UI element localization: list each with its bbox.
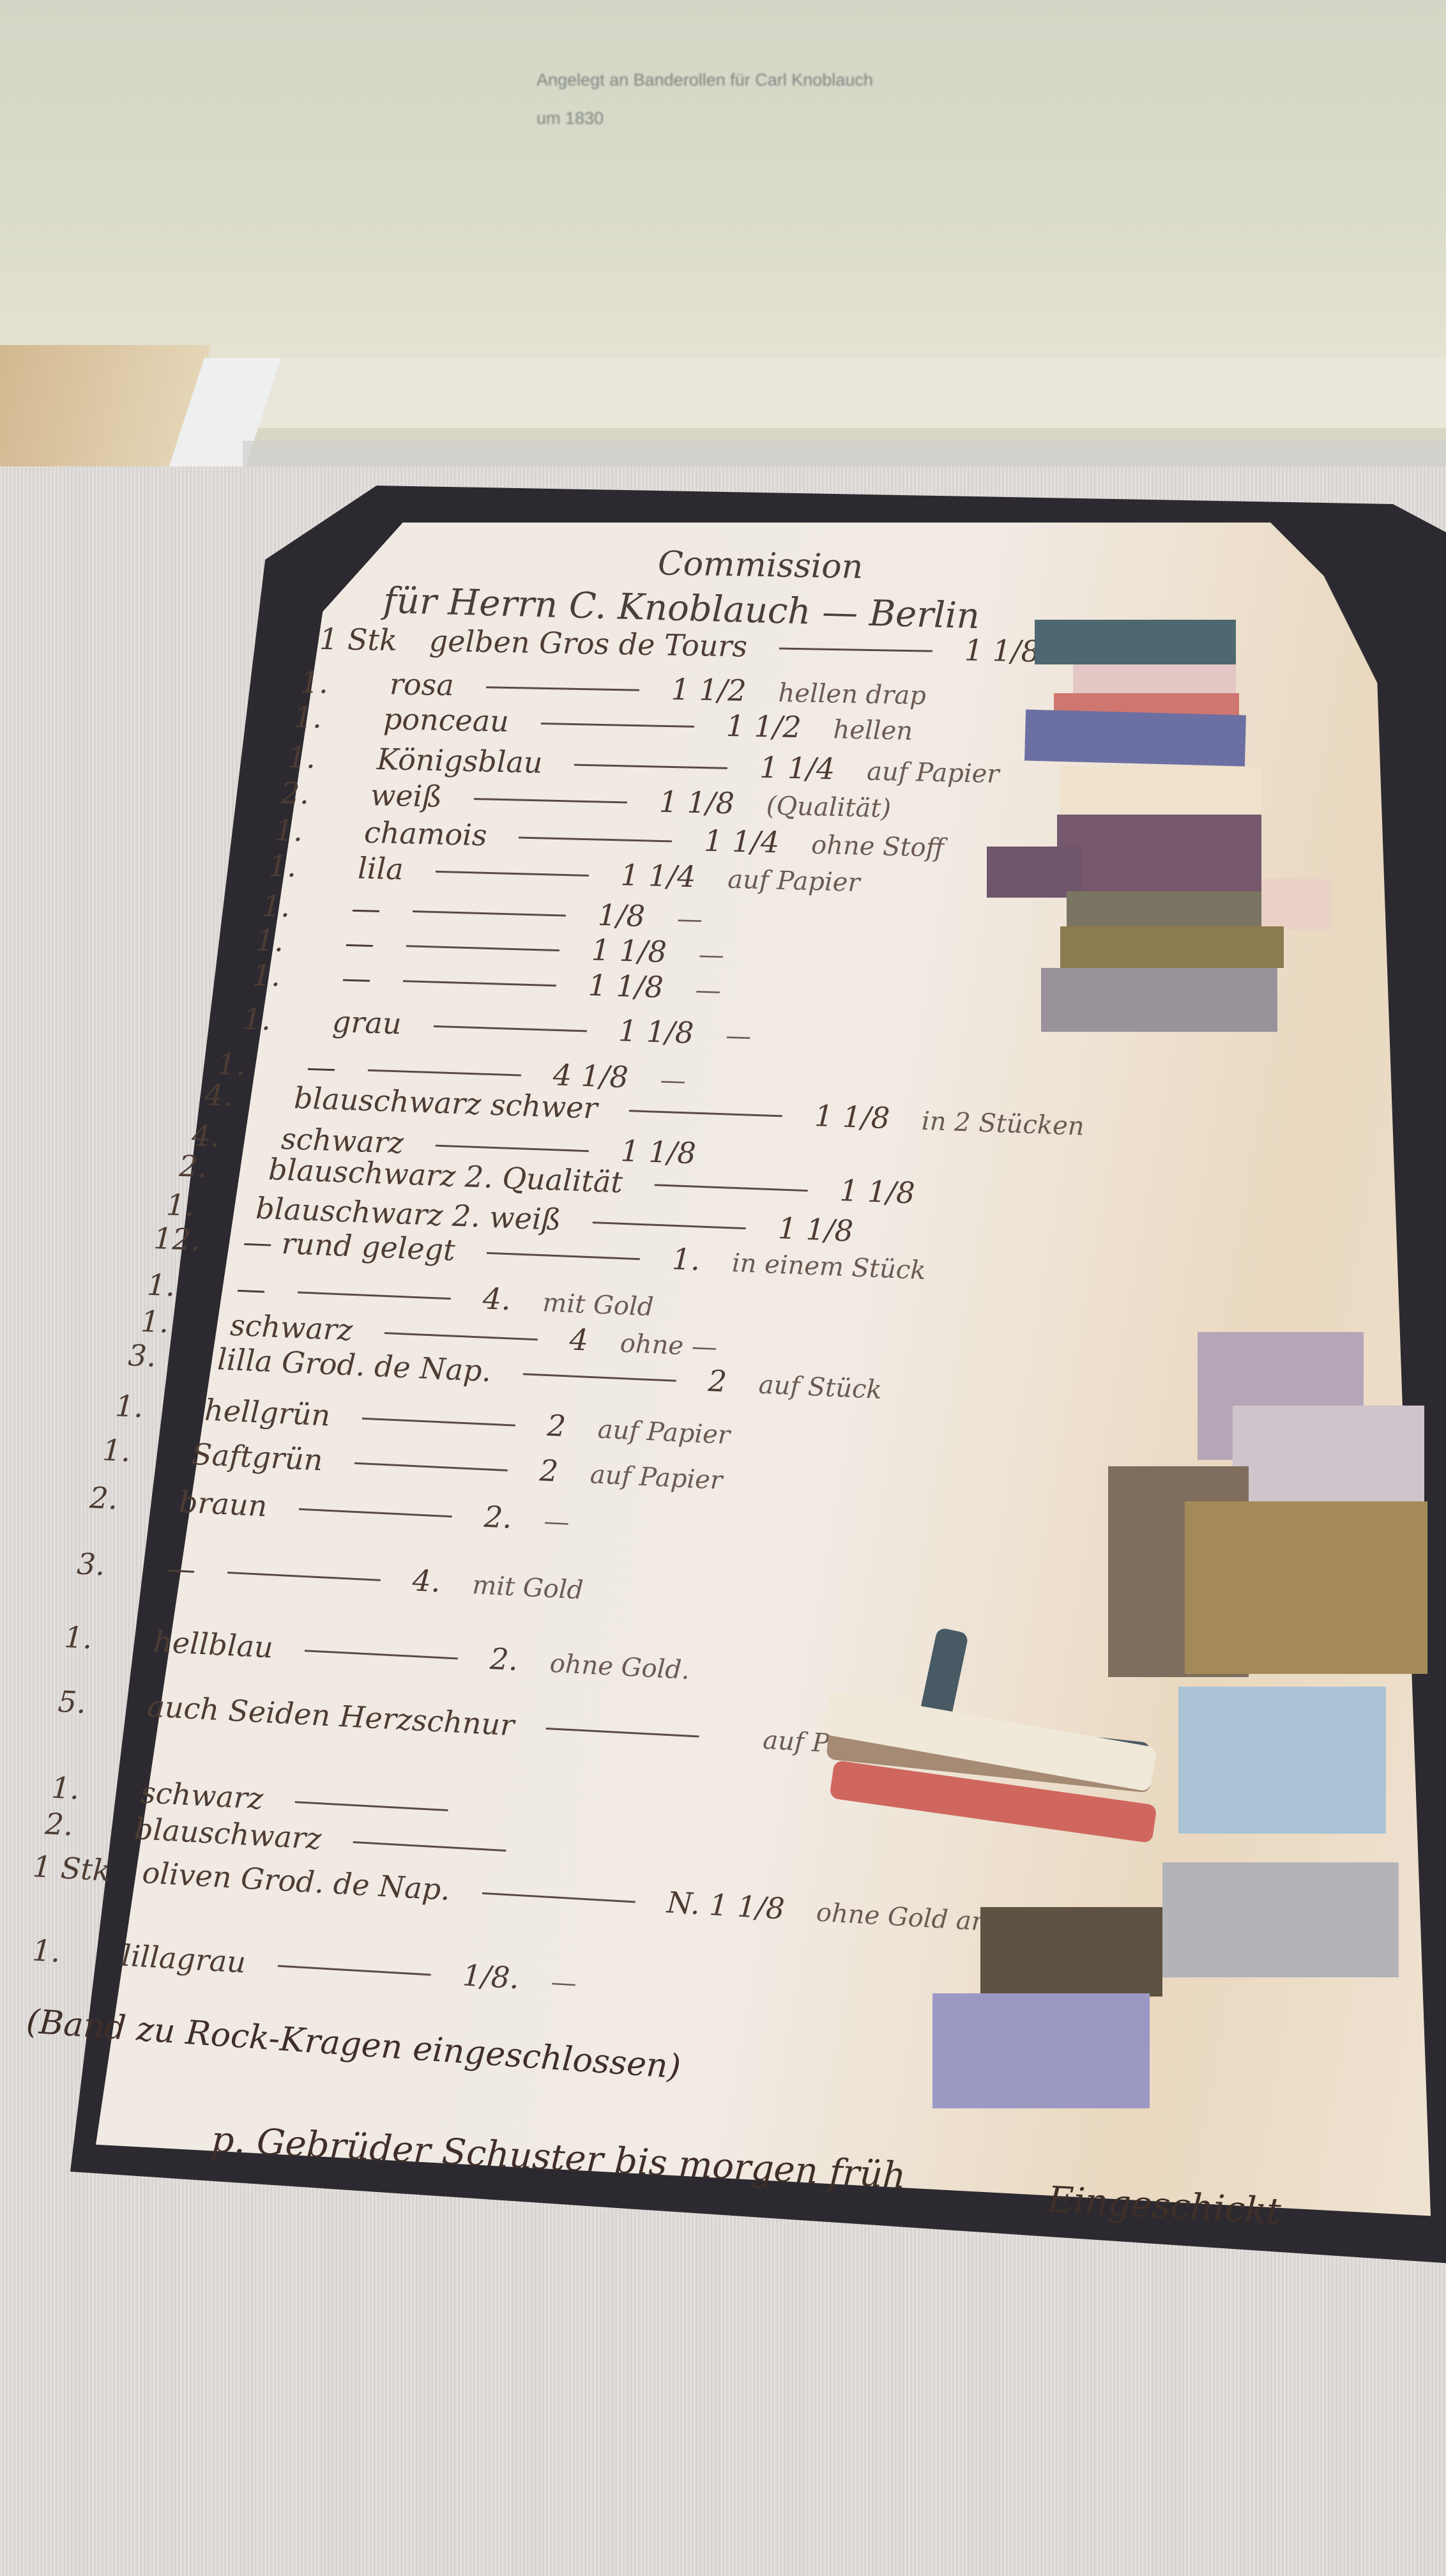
order-amount: N. 1 1/8 — [666, 1885, 786, 1926]
order-amount: 4 — [569, 1322, 590, 1357]
ruled-dash — [362, 1418, 515, 1427]
order-note: mit Gold — [471, 1570, 584, 1606]
order-note: — — [725, 1021, 751, 1051]
order-amount: 1 1/8 — [658, 785, 734, 821]
order-note: ohne — — [620, 1329, 718, 1362]
ruled-dash — [295, 1801, 448, 1811]
swatch-grey-mauve — [1041, 968, 1277, 1032]
ruled-dash — [354, 1462, 508, 1471]
ruled-dash — [368, 1069, 521, 1077]
order-note: hellen — [833, 715, 913, 746]
order-amount: 2. — [483, 1499, 513, 1535]
order-item: schwarz — [140, 1775, 264, 1816]
order-qty: 2. — [89, 1480, 148, 1517]
order-amount: 1 1/8 — [839, 1173, 916, 1210]
order-amount: 1 1/8 — [618, 1013, 695, 1050]
order-item: — — [165, 1551, 197, 1586]
ruled-dash — [574, 764, 727, 769]
museum-label-line1: Angelegt an Banderollen für Carl Knoblau… — [537, 61, 873, 99]
order-qty: 3. — [127, 1338, 186, 1375]
order-amount: 2 — [539, 1453, 559, 1488]
order-qty: 1. — [268, 848, 326, 884]
order-item: weiß — [370, 778, 442, 814]
order-note: mit Gold — [542, 1288, 655, 1322]
ruled-dash — [523, 1373, 676, 1382]
ruled-dash — [546, 1728, 699, 1738]
order-amount: 4. — [412, 1563, 442, 1598]
order-qty: 4. — [204, 1077, 263, 1114]
display-case-top — [192, 358, 1446, 428]
order-qty: 2. — [178, 1149, 237, 1185]
ruled-dash — [779, 647, 932, 652]
order-qty: 1. — [287, 740, 346, 776]
swatch-pale-pink — [1073, 664, 1236, 693]
ruled-dash — [305, 1650, 458, 1659]
order-item: — — [341, 960, 372, 995]
museum-label-line2: um 1830 — [537, 99, 873, 137]
swatch-olive-gold — [1060, 926, 1284, 968]
ruled-dash — [227, 1572, 381, 1581]
order-qty: 1. — [146, 1268, 205, 1305]
order-item: grau — [331, 1004, 402, 1041]
order-note: auf Papier — [590, 1460, 723, 1496]
order-item: braun — [178, 1485, 268, 1524]
order-qty: 1. — [255, 923, 314, 960]
ruled-dash — [299, 1508, 452, 1518]
ruled-dash — [541, 723, 694, 728]
ruled-dash — [436, 871, 589, 877]
order-note: auf Papier — [597, 1414, 731, 1450]
order-note: ohne Stoff — [811, 831, 945, 863]
order-qty: 1. — [140, 1304, 199, 1341]
order-qty: 1 Stk — [319, 622, 398, 657]
ruled-dash — [278, 1965, 431, 1976]
order-item: — — [306, 1050, 337, 1085]
glass-ledge — [243, 441, 1446, 466]
order-amount: 1 1/4 — [704, 824, 780, 860]
swatch-silver-grey — [1162, 1862, 1399, 1977]
order-amount: 1 1/4 — [620, 857, 696, 894]
order-item: lillagrau — [121, 1938, 247, 1979]
ruled-dash — [403, 980, 556, 986]
order-qty: 1. — [261, 889, 319, 924]
ruled-dash — [486, 686, 639, 691]
swatch-periwinkle — [1024, 709, 1246, 766]
order-qty: 1. — [217, 1046, 275, 1083]
order-qty: 1. — [294, 700, 352, 735]
order-item: hellgrün — [204, 1393, 331, 1433]
order-note: in 2 Stücken — [921, 1107, 1084, 1142]
order-note: — — [695, 976, 721, 1006]
order-amount: 1 1/8 — [814, 1098, 890, 1135]
order-qty: 1. — [50, 1770, 110, 1808]
order-item: Königsblau — [377, 742, 544, 780]
ruled-dash — [406, 945, 559, 951]
order-qty: 2. — [281, 776, 339, 811]
ruled-dash — [474, 798, 627, 804]
order-qty: 3. — [76, 1546, 135, 1583]
order-note: auf Papier — [727, 865, 860, 898]
ruled-dash — [629, 1110, 782, 1117]
order-qty: 1. — [252, 958, 310, 994]
swatch-pale-lilac — [1233, 1406, 1424, 1508]
order-amount: 4. — [482, 1281, 512, 1317]
order-item: rosa — [390, 666, 455, 702]
document-title: Commission — [658, 544, 864, 586]
swatch-olive-grey — [1067, 891, 1261, 930]
ruled-dash — [384, 1332, 538, 1340]
gallery-wall — [0, 0, 1446, 358]
order-qty: 2. — [44, 1806, 103, 1844]
ruled-dash — [593, 1222, 746, 1229]
order-amount: 2 — [708, 1363, 728, 1399]
order-qty: 1. — [31, 1933, 91, 1970]
ruled-dash — [433, 1025, 586, 1032]
order-item: — — [351, 891, 381, 926]
order-item: schwarz — [229, 1308, 353, 1347]
order-note: — — [676, 904, 703, 934]
ruled-dash — [655, 1184, 808, 1192]
order-note: — — [543, 1506, 570, 1537]
order-note: — — [550, 1967, 577, 1998]
order-qty: 1. — [63, 1620, 123, 1657]
order-item: lila — [357, 851, 404, 887]
ruled-dash — [436, 1145, 589, 1153]
order-amount: 1 1/8 — [588, 968, 664, 1005]
order-item: hellblau — [153, 1624, 274, 1664]
order-qty: 1. — [274, 813, 332, 848]
order-item: Saftgrün — [191, 1437, 323, 1478]
order-qty: 1 Stk — [32, 1849, 112, 1888]
swatch-peach-faded — [1261, 878, 1332, 930]
order-qty: 1. — [242, 1002, 301, 1038]
swatch-ochre — [1185, 1501, 1427, 1674]
order-item: ponceau — [383, 701, 510, 739]
order-amount: 1 1/2 — [671, 672, 747, 708]
ruled-dash — [353, 1841, 506, 1851]
order-qty: 1. — [102, 1432, 160, 1469]
order-amount: 1/8. — [462, 1958, 521, 1995]
museum-label: Angelegt an Banderollen für Carl Knoblau… — [537, 61, 873, 137]
swatch-lavender — [932, 1993, 1150, 2108]
order-note: auf Papier — [867, 757, 1000, 789]
ruled-dash — [413, 910, 566, 917]
ruled-dash — [298, 1291, 451, 1299]
order-amount: 1 1/8 — [591, 933, 667, 969]
order-amount: 1 1/8 — [964, 633, 1040, 669]
swatch-light-blue — [1178, 1687, 1386, 1834]
order-qty: 1. — [114, 1388, 173, 1425]
swatch-plum — [1057, 815, 1261, 891]
order-note: ohne Gold. — [549, 1649, 690, 1685]
order-amount: 4 1/8 — [552, 1057, 629, 1094]
order-amount: 1 1/2 — [726, 709, 802, 744]
order-item: chamois — [363, 815, 487, 853]
order-amount: 2. — [489, 1641, 519, 1677]
order-item: — — [344, 926, 375, 961]
order-item: — — [236, 1271, 266, 1307]
order-amount: 1/8 — [597, 898, 645, 933]
swatch-teal — [1035, 620, 1236, 664]
order-amount: 2 — [547, 1408, 567, 1443]
order-amount: 1 1/8 — [777, 1211, 854, 1248]
order-note: auf Stück — [758, 1370, 883, 1405]
ruled-dash — [487, 1252, 640, 1261]
order-amount: 1 1/4 — [759, 750, 835, 786]
order-item: gelben Gros de Tours — [429, 624, 747, 664]
order-qty: 12. — [153, 1221, 211, 1258]
order-qty: 5. — [57, 1684, 116, 1722]
swatch-dark-olive — [980, 1907, 1162, 1997]
order-qty: 1. — [165, 1187, 224, 1223]
order-qty: 1. — [300, 665, 358, 701]
ruled-dash — [519, 837, 672, 843]
order-note: (Qualität) — [766, 792, 891, 824]
swatch-plum-lower — [987, 847, 1083, 898]
order-note: hellen drap — [778, 678, 926, 710]
order-amount: 1. — [671, 1241, 701, 1277]
order-note: — — [660, 1066, 686, 1096]
swatch-chamois — [1060, 767, 1261, 815]
order-note: — — [698, 940, 724, 970]
ruled-dash — [482, 1892, 635, 1903]
